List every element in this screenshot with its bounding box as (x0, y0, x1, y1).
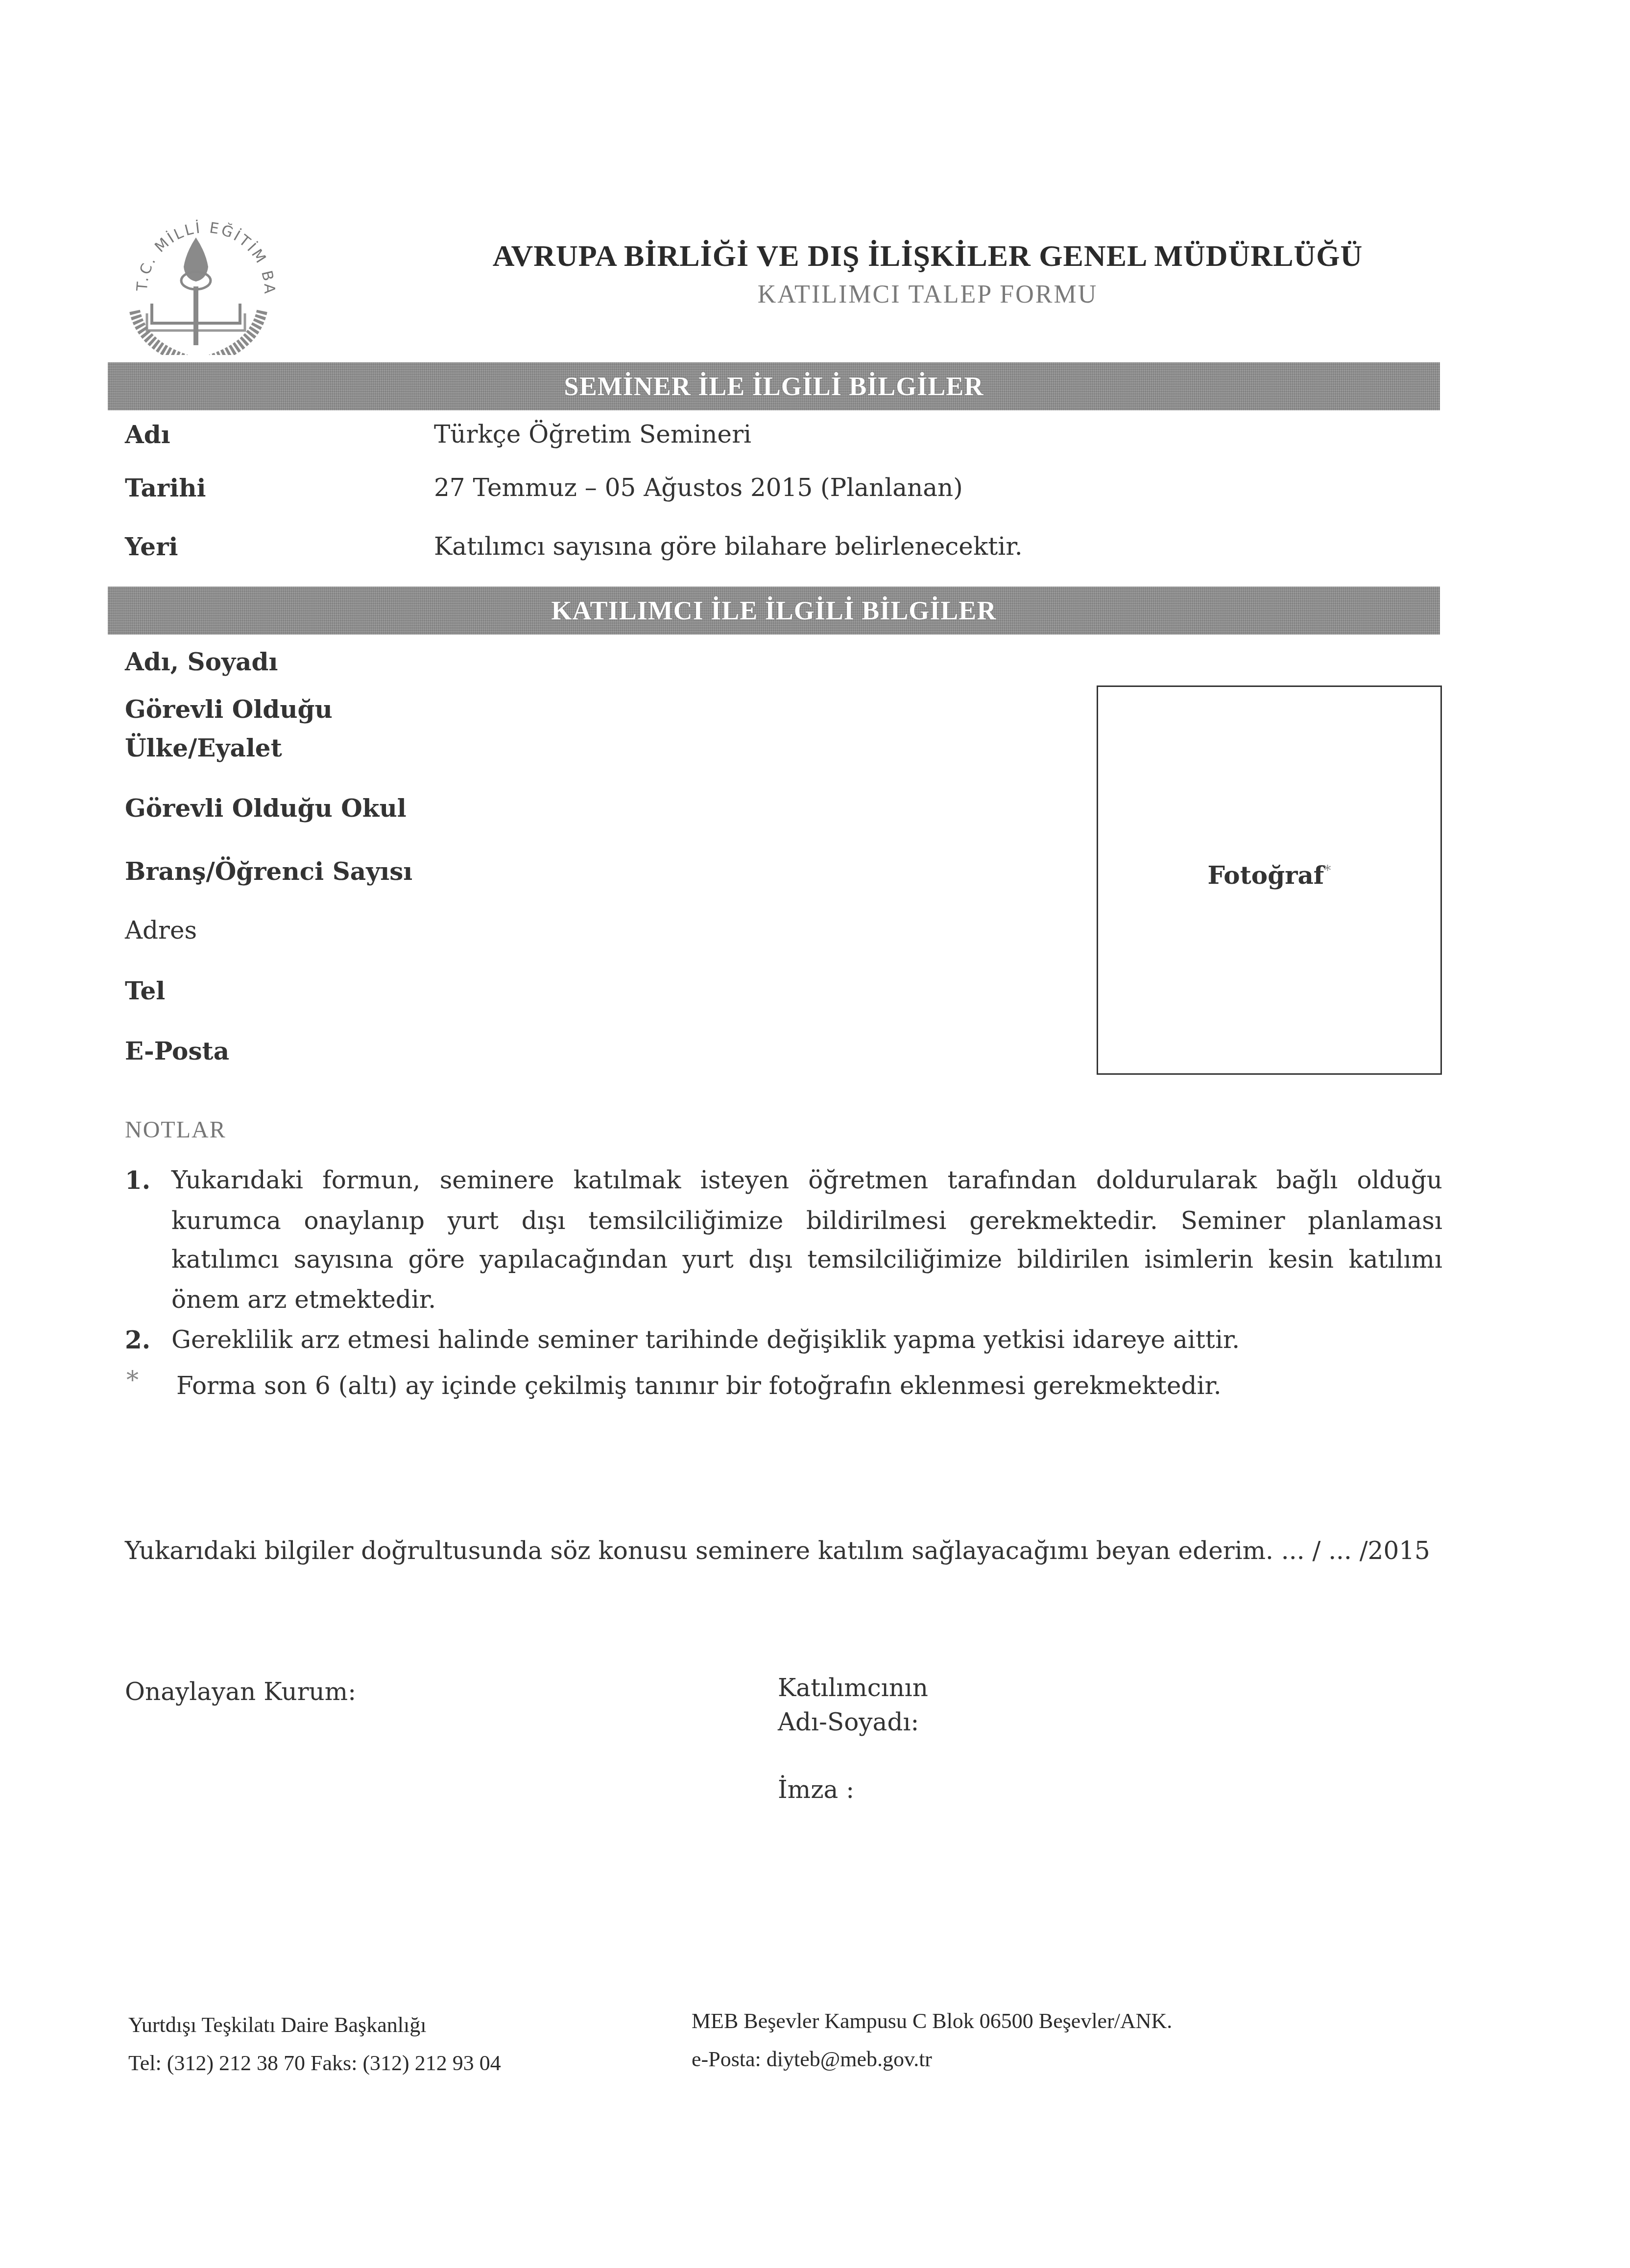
seminar-date-value: 27 Temmuz – 05 Ağustos 2015 (Planlanan) (434, 473, 963, 502)
photo-label: Fotoğraf* (1208, 861, 1331, 890)
field-duty-country-line1[interactable]: Görevli Olduğu (125, 695, 333, 724)
note-1-line-3: katılımcı sayısına göre yapılacağından y… (171, 1245, 1442, 1274)
participant-name-label-line2[interactable]: Adı-Soyadı: (778, 1708, 919, 1736)
signature-label[interactable]: İmza : (778, 1775, 854, 1804)
note-1-marker: 1. (125, 1166, 150, 1195)
seminar-name-label: Adı (125, 420, 170, 449)
note-2-marker: 2. (125, 1325, 150, 1354)
photo-box[interactable]: Fotoğraf* (1097, 685, 1442, 1075)
seminar-location-label: Yeri (125, 532, 178, 561)
page-subtitle: KATILIMCI TALEP FORMU (0, 280, 1630, 309)
note-3-marker: * (126, 1366, 139, 1394)
note-1-line-2: kurumca onaylanıp yurt dışı temsilciliği… (171, 1206, 1442, 1235)
footer-department: Yurtdışı Teşkilatı Daire Başkanlığı (128, 2012, 426, 2037)
participant-section-header: KATILIMCI İLE İLGİLİ BİLGİLER (108, 587, 1440, 635)
page-title: AVRUPA BİRLİĞİ VE DIŞ İLİŞKİLER GENEL MÜ… (0, 239, 1630, 274)
note-2-text: Gereklilik arz etmesi halinde seminer ta… (171, 1325, 1240, 1354)
field-address[interactable]: Adres (125, 916, 197, 945)
footer-phone-fax: Tel: (312) 212 38 70 Faks: (312) 212 93 … (128, 2051, 501, 2076)
notes-heading: NOTLAR (125, 1116, 226, 1143)
participant-name-label-line1: Katılımcının (778, 1674, 928, 1702)
seminar-date-label: Tarihi (125, 473, 206, 502)
seminar-section-title: SEMİNER İLE İLGİLİ BİLGİLER (564, 371, 984, 402)
meb-emblem-icon: T.C. MİLLİ EĞİTİM BAKANLIĞI (122, 198, 289, 355)
declaration-text: Yukarıdaki bilgiler doğrultusunda söz ko… (125, 1536, 1430, 1565)
seminar-location-value: Katılımcı sayısına göre bilahare belirle… (434, 532, 1023, 561)
footer-email[interactable]: e-Posta: diyteb@meb.gov.tr (692, 2047, 932, 2072)
footer-address: MEB Beşevler Kampusu C Blok 06500 Beşevl… (692, 2008, 1172, 2033)
participant-section-title: KATILIMCI İLE İLGİLİ BİLGİLER (551, 595, 997, 626)
field-phone[interactable]: Tel (125, 976, 165, 1005)
note-1-line-1: Yukarıdaki formun, seminere katılmak ist… (171, 1166, 1442, 1194)
approving-institution-label[interactable]: Onaylayan Kurum: (125, 1677, 356, 1706)
field-email[interactable]: E-Posta (125, 1037, 229, 1065)
field-school[interactable]: Görevli Olduğu Okul (125, 794, 407, 823)
note-3-text: Forma son 6 (altı) ay içinde çekilmiş ta… (176, 1371, 1222, 1400)
seminar-name-value: Türkçe Öğretim Semineri (434, 420, 751, 449)
field-duty-country-line2[interactable]: Ülke/Eyalet (125, 733, 282, 762)
field-branch-student-count[interactable]: Branş/Öğrenci Sayısı (125, 857, 412, 886)
seminar-section-header: SEMİNER İLE İLGİLİ BİLGİLER (108, 362, 1440, 410)
note-1-line-4: önem arz etmektedir. (171, 1285, 436, 1314)
field-name-surname[interactable]: Adı, Soyadı (125, 647, 278, 676)
